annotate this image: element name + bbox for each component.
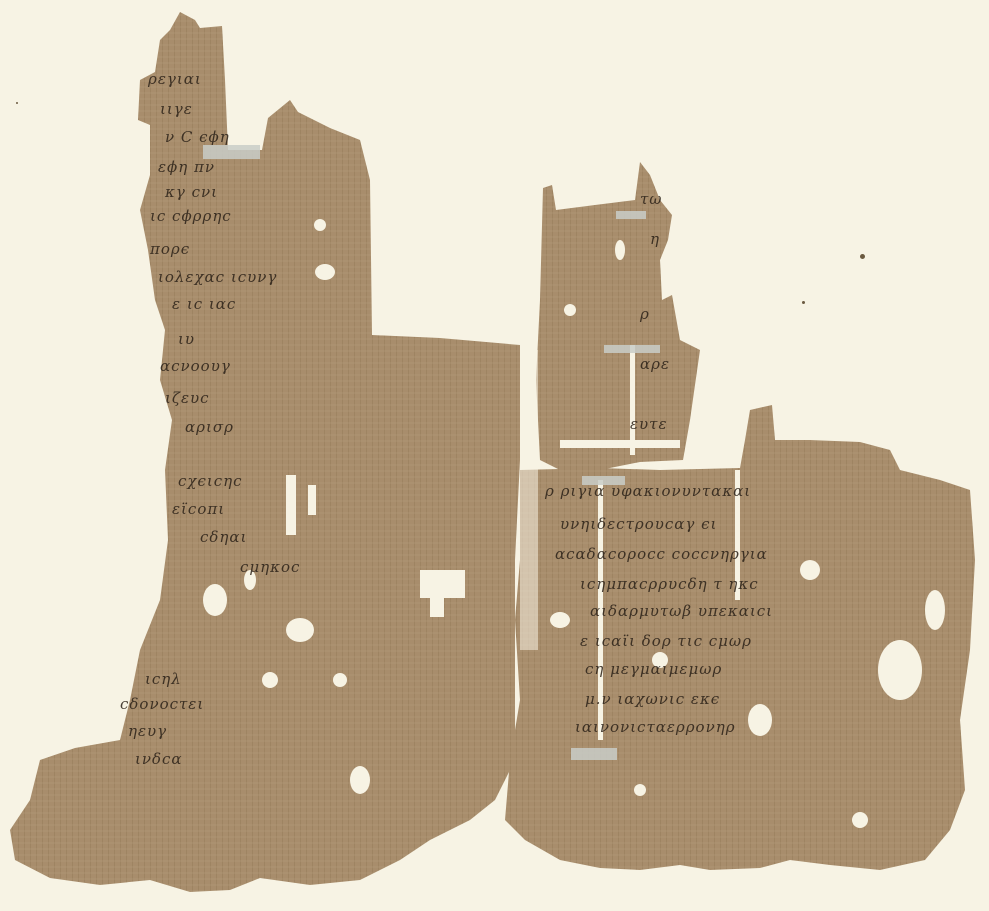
speck (16, 102, 18, 104)
speck (860, 254, 865, 259)
script-line: ϲμηκοϲ (240, 558, 300, 576)
script-line: αιδαρμυτωβ υπεκαιϲι (590, 602, 773, 620)
script-line: ιϲηλ (145, 670, 182, 688)
script-line: υνηιδεϲτρουϲαγ ϵι (560, 515, 717, 533)
tape-strip (616, 211, 646, 219)
script-line: κγ ϲνι (165, 183, 218, 201)
script-line: αϲαδαϲοροϲϲ ϲοϲϲνηργια (555, 545, 768, 563)
script-line: τω (640, 190, 663, 208)
script-line: ιολεχαϲ ιϲυνγ (158, 268, 277, 286)
tape-strip (604, 345, 660, 353)
script-line: ιζευϲ (165, 389, 210, 407)
script-line: ϲδονοϲτει (120, 695, 204, 713)
script-line: ϲη μεγμαιμεμωρ (585, 660, 722, 678)
script-line: ινδϲα (135, 750, 183, 768)
script-line: ευτε (630, 415, 668, 433)
script-line: αϲνοουγ (160, 357, 231, 375)
script-line: αρισρ (185, 418, 234, 436)
script-line: εϊϲοπι (172, 500, 225, 518)
script-line: ϲδηαι (200, 528, 247, 546)
script-line: ηευγ (128, 722, 167, 740)
script-line: αρε (640, 355, 670, 373)
script-line: εϕη πν (158, 158, 215, 176)
script-line: ιϲ ϲϕρρηϲ (150, 207, 232, 225)
script-line: ιυ (178, 330, 195, 348)
script-line: η (650, 230, 660, 248)
tape-strip (571, 748, 617, 760)
speck (802, 301, 805, 304)
script-line: μ.ν ιαχωνιϲ εκϵ (585, 690, 720, 708)
script-line: ϲχϵιϲηϲ (178, 472, 243, 490)
papyrus-fragment (0, 0, 989, 911)
script-line: ρεγιαι (148, 70, 202, 88)
script-line: ρ ριγια υφακιονυντακαι (545, 482, 751, 500)
script-line: ν Ϲ ϵϕη (165, 128, 230, 146)
script-line: ιϲημπαϲρρυϲδη τ ηκϲ (580, 575, 759, 593)
papyrus-photograph: ρεγιαι ιιγε ν Ϲ ϵϕη εϕη πν κγ ϲνι ιϲ ϲϕρ… (0, 0, 989, 911)
script-line: ε ιϲ ιαϲ (172, 295, 236, 313)
script-line: ιαινονιϲταερρονηρ (575, 718, 736, 736)
script-line: ιιγε (160, 100, 193, 118)
tape-strip (203, 145, 260, 159)
script-line: ρ (640, 305, 650, 323)
script-line: πορϵ (150, 240, 190, 258)
script-line: ε ιϲαϊι δορ τιϲ ϲμωρ (580, 632, 752, 650)
